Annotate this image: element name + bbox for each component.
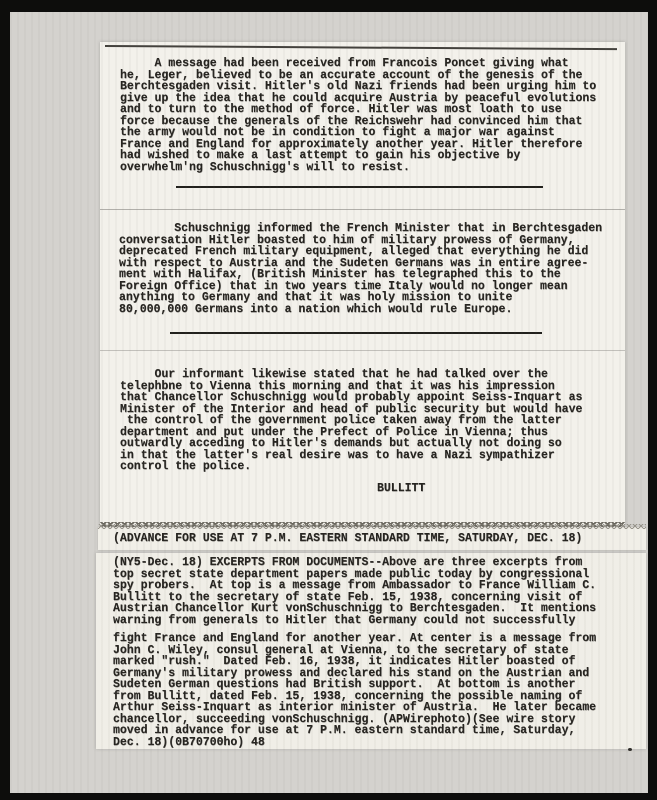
pinked-edge-top xyxy=(98,524,646,529)
caption-paragraph-2: fight France and England for another yea… xyxy=(113,633,596,748)
signature-bullitt: BULLITT xyxy=(377,483,425,495)
wirephoto: A message had been received from Francoi… xyxy=(0,0,657,800)
rule-line-top xyxy=(105,45,617,50)
excerpts-paper: A message had been received from Francoi… xyxy=(100,42,625,525)
photo-print-area: A message had been received from Francoi… xyxy=(10,12,648,793)
photo-speck xyxy=(628,748,632,751)
excerpt-schuschnigg-french-minister: Schuschnigg informed the French Minister… xyxy=(119,223,602,315)
caption-paragraph-1: (NY5-Dec. 18) EXCERPTS FROM DOCUMENTS--A… xyxy=(113,557,596,626)
advance-notice-text: (ADVANCE FOR USE AT 7 P.M. EASTERN STAND… xyxy=(113,533,582,545)
paper-seam-1 xyxy=(100,209,625,210)
caption-paper: (NY5-Dec. 18) EXCERPTS FROM DOCUMENTS--A… xyxy=(96,553,646,749)
advance-notice-strip: (ADVANCE FOR USE AT 7 P.M. EASTERN STAND… xyxy=(98,527,646,550)
excerpt-seiss-inquart: Our informant likewise stated that he ha… xyxy=(120,369,582,473)
rule-line-divider-1 xyxy=(176,186,543,188)
excerpt-bullitt-poncet: A message had been received from Francoi… xyxy=(120,58,596,173)
paper-seam-2 xyxy=(100,350,625,351)
rule-line-divider-2 xyxy=(170,332,542,334)
